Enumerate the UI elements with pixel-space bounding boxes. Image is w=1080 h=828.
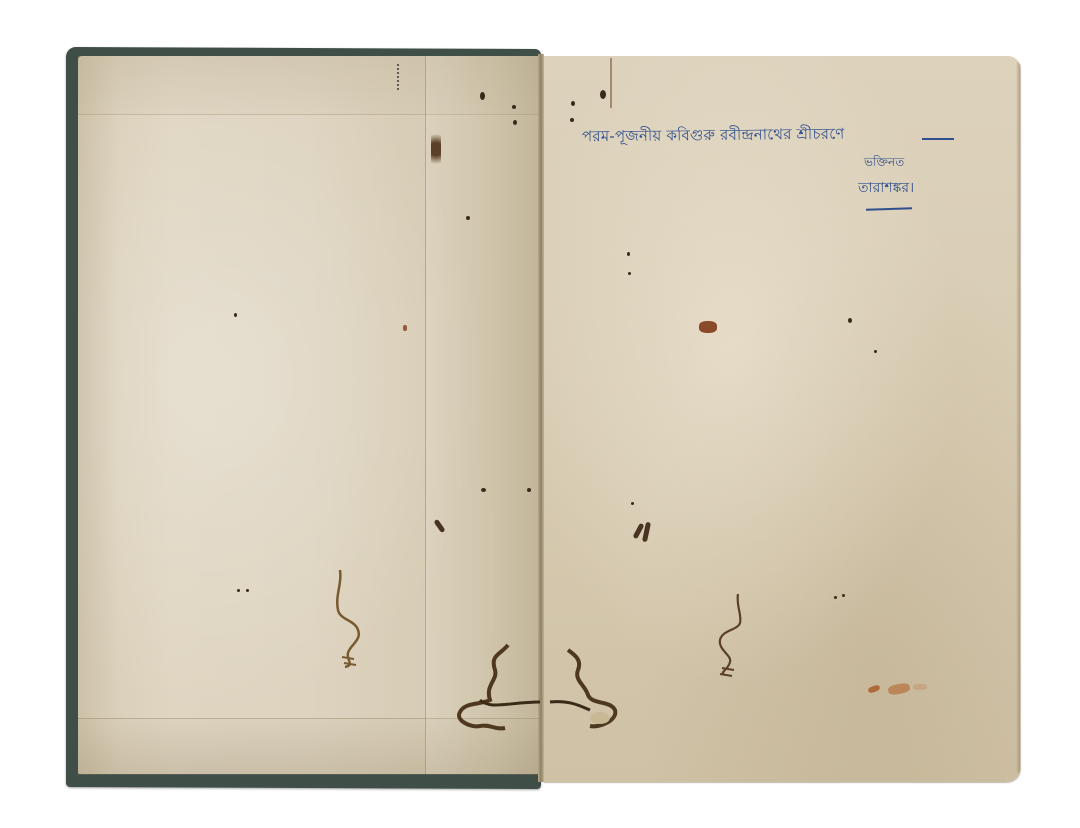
wormhole-dot	[848, 318, 852, 323]
wormhole-dot	[480, 92, 485, 100]
handwritten-inscription: পরম-পূজনীয় কবিগুরু রবীন্দ্রনাথের শ্রীচর…	[582, 124, 962, 224]
signature-underline	[866, 207, 912, 211]
left-turn-in	[78, 56, 118, 774]
pencil-mark	[610, 58, 612, 108]
wormhole-dot	[571, 101, 575, 106]
rust-stain	[699, 321, 717, 333]
wormhole-dot	[600, 90, 606, 99]
rust-stain	[403, 325, 407, 331]
wormhole-dot	[234, 313, 237, 317]
worm-track-left-page	[330, 565, 380, 675]
left-page-pencil-mark	[397, 64, 407, 90]
inscription-dash	[922, 138, 954, 140]
worm-channel	[431, 128, 441, 170]
worm-track-right-page	[710, 590, 750, 680]
inscription-line-1: পরম-পূজনীয় কবিগুরু রবীন্দ্রনাথের শ্রীচর…	[582, 123, 845, 151]
wormhole-dot	[481, 488, 486, 492]
wormhole-dot	[627, 252, 630, 256]
wormhole-dot	[874, 350, 877, 353]
inscription-line-2: ভক্তিনত	[864, 154, 904, 174]
wormhole-dot	[512, 105, 516, 109]
worm-track-gutter	[450, 640, 630, 740]
wormhole-dot	[466, 216, 470, 220]
wormhole-dot	[237, 589, 240, 592]
wormhole-dot	[570, 118, 574, 122]
wormhole-dot	[628, 272, 631, 275]
wormhole-dot	[842, 594, 845, 597]
wormhole-dot	[834, 596, 837, 599]
wormhole-dot	[527, 488, 531, 492]
wormhole-dot	[246, 589, 249, 592]
wormhole-dot	[513, 120, 517, 125]
open-book-spread: পরম-পূজনীয় কবিগুরু রবীন্দ্রনাথের শ্রীচর…	[0, 0, 1080, 828]
right-page-edge	[1016, 62, 1020, 774]
rust-stain	[913, 684, 927, 690]
wormhole-dot	[631, 502, 634, 505]
inscription-signature: তারাশঙ্কর।	[858, 176, 914, 200]
